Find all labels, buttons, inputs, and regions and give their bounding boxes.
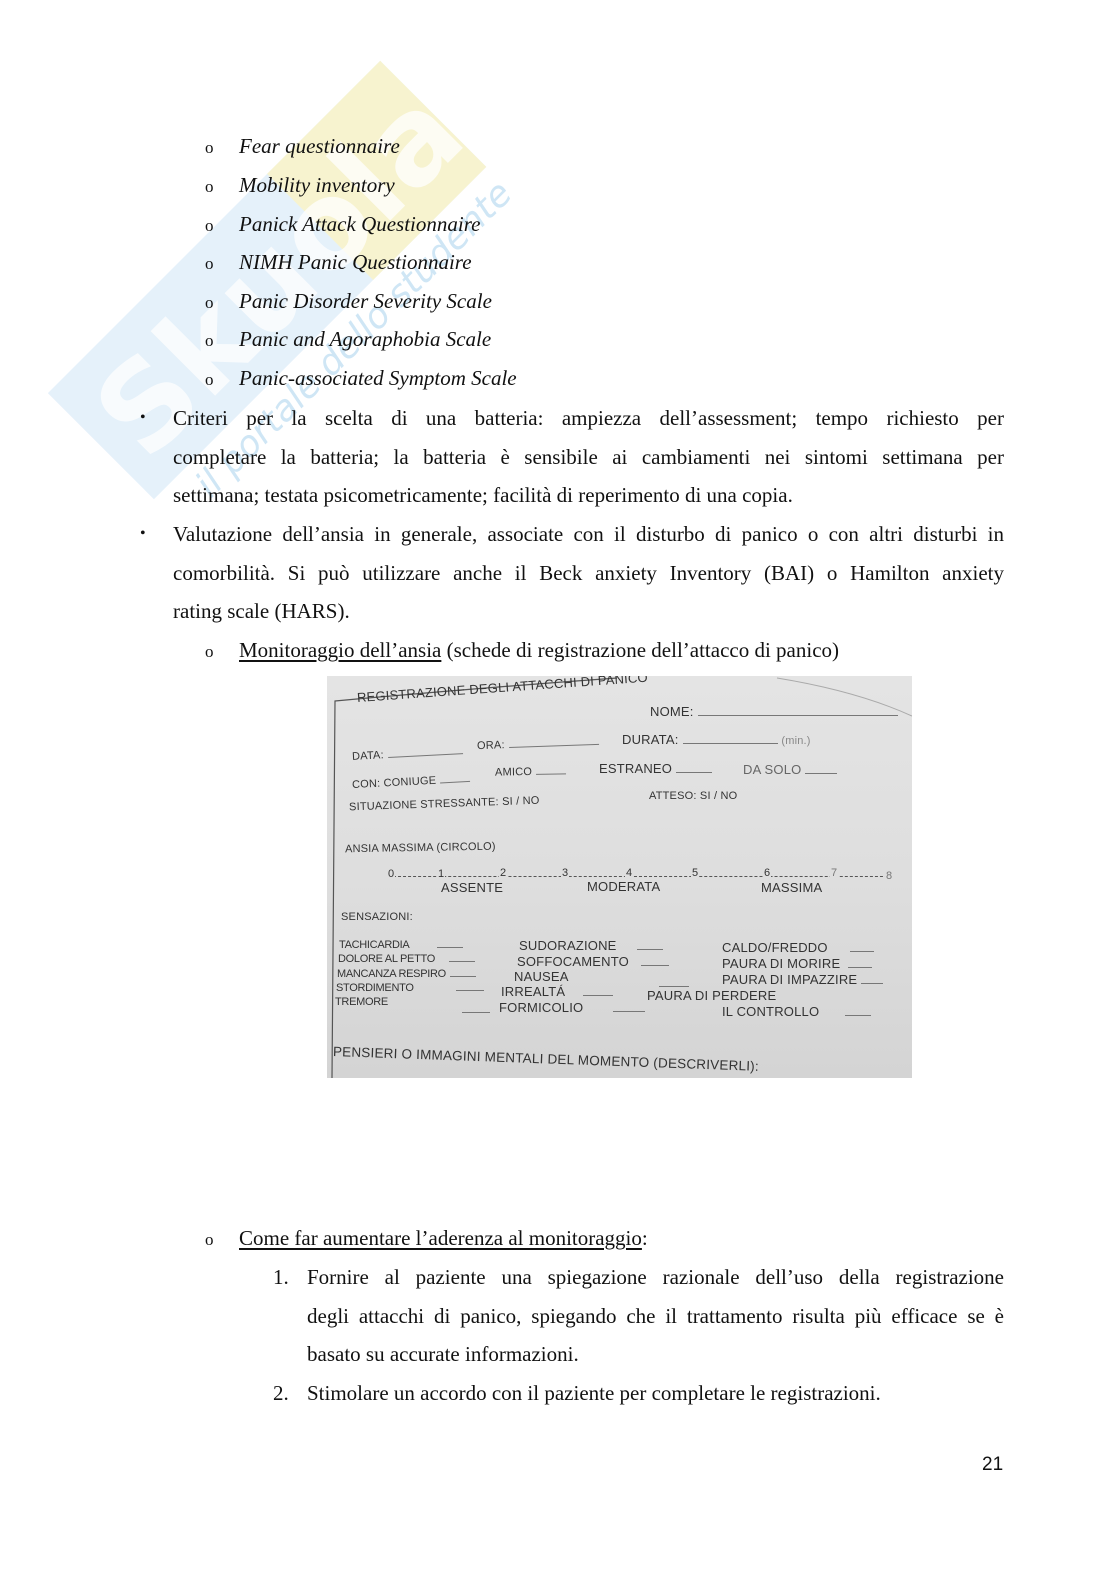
form-durata: DURATA: (min.) bbox=[622, 732, 811, 747]
document-page: oFear questionnaire oMobility inventory … bbox=[0, 0, 1116, 1579]
page-number: 21 bbox=[982, 1454, 1003, 1476]
monitoring-heading: oMonitoraggio dell’ansia (schede di regi… bbox=[205, 637, 839, 665]
form-da-solo: DA SOLO bbox=[743, 762, 837, 777]
bullet-icon: • bbox=[140, 409, 146, 427]
list-item: oNIMH Panic Questionnaire bbox=[205, 249, 472, 277]
bullet-criteria: • Criteri per la scelta di una batteria:… bbox=[140, 399, 1004, 515]
form-sensazioni-title: SENSAZIONI: bbox=[341, 911, 413, 923]
list-item: oPanick Attack Questionnaire bbox=[205, 211, 480, 239]
form-atteso: ATTESO: SI / NO bbox=[649, 790, 737, 802]
list-item: oPanic and Agoraphobia Scale bbox=[205, 326, 491, 354]
list-item: oFear questionnaire bbox=[205, 133, 400, 161]
bullet-icon: • bbox=[140, 525, 146, 543]
panic-attack-record-form-image: REGISTRAZIONE DEGLI ATTACCHI DI PANICO N… bbox=[327, 676, 912, 1078]
list-item: oPanic Disorder Severity Scale bbox=[205, 288, 492, 316]
adherence-item-2: 2. Stimolare un accordo con il paziente … bbox=[273, 1374, 1004, 1413]
form-estraneo: ESTRANEO bbox=[599, 761, 712, 776]
adherence-heading: oCome far aumentare l’aderenza al monito… bbox=[205, 1225, 648, 1253]
form-amico: AMICO bbox=[495, 765, 566, 778]
list-item: oPanic-associated Symptom Scale bbox=[205, 365, 517, 393]
list-item: oMobility inventory bbox=[205, 172, 395, 200]
adherence-item-1: 1. Fornire al paziente una spiegazione r… bbox=[273, 1258, 1004, 1374]
form-nome: NOME: bbox=[650, 704, 898, 719]
bullet-anxiety-evaluation: • Valutazione dell’ansia in generale, as… bbox=[140, 515, 1004, 631]
